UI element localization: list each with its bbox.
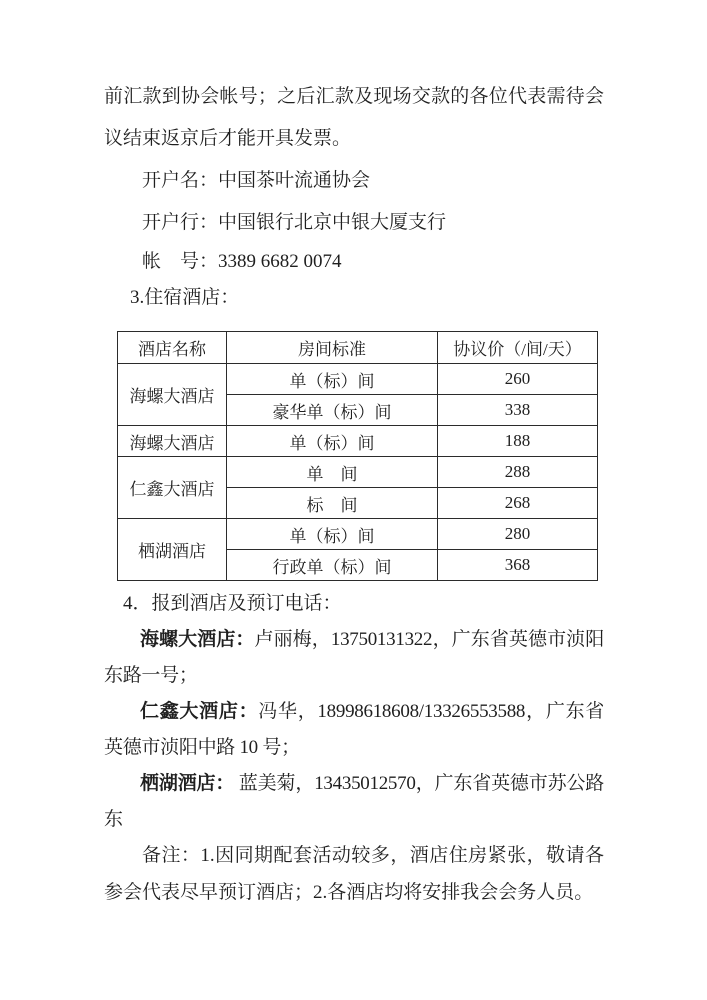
price-cell: 268 — [438, 488, 598, 519]
price-cell: 280 — [438, 519, 598, 550]
document-content: 前汇款到协会帐号；之后汇款及现场交款的各位代表需待会议结束返京后才能开具发票。 … — [104, 76, 604, 911]
price-cell: 260 — [438, 364, 598, 395]
table-row: 海螺大酒店 单（标）间 188 — [118, 426, 598, 457]
col-header-agreed-price: 协议价（/间/天） — [438, 332, 598, 364]
table-row: 仁鑫大酒店 单 间 288 — [118, 457, 598, 488]
hotel-name-cell: 栖湖酒店 — [118, 519, 227, 581]
price-cell: 368 — [438, 550, 598, 581]
price-cell: 288 — [438, 457, 598, 488]
price-cell: 338 — [438, 395, 598, 426]
hotel-name-cell: 仁鑫大酒店 — [118, 457, 227, 519]
contact-paragraph-qihu: 栖湖酒店： 蓝美菊，13435012570，广东省英德市苏公路东 — [104, 766, 604, 838]
room-type-cell: 豪华单（标）间 — [227, 395, 438, 426]
notes-paragraph: 备注：1.因同期配套活动较多，酒店住房紧张，敬请各参会代表尽早预订酒店；2.各酒… — [104, 838, 604, 911]
hotel-name-bold: 仁鑫大酒店： — [140, 701, 258, 722]
hotel-price-table: 酒店名称 房间标准 协议价（/间/天） 海螺大酒店 单（标）间 260 豪华单（… — [117, 331, 598, 581]
hotel-name-bold: 栖湖酒店： — [140, 773, 234, 794]
table-row: 栖湖酒店 单（标）间 280 — [118, 519, 598, 550]
col-header-hotel-name: 酒店名称 — [118, 332, 227, 364]
contact-paragraph-renxin: 仁鑫大酒店：冯华，18998618608/13326553588，广东省英德市浈… — [104, 694, 604, 766]
col-header-room-standard: 房间标准 — [227, 332, 438, 364]
table-row: 海螺大酒店 单（标）间 260 — [118, 364, 598, 395]
price-cell: 188 — [438, 426, 598, 457]
room-type-cell: 单 间 — [227, 457, 438, 488]
room-type-cell: 标 间 — [227, 488, 438, 519]
bank-account-name-line: 开户名：中国茶叶流通协会 — [104, 160, 604, 202]
contact-paragraph-hailuo: 海螺大酒店：卢丽梅，13750131322，广东省英德市浈阳东路一号； — [104, 622, 604, 694]
room-type-cell: 行政单（标）间 — [227, 550, 438, 581]
hotel-name-cell: 海螺大酒店 — [118, 426, 227, 457]
document-page: 前汇款到协会帐号；之后汇款及现场交款的各位代表需待会议结束返京后才能开具发票。 … — [0, 0, 707, 1000]
bank-branch-line: 开户行：中国银行北京中银大厦支行 — [104, 202, 604, 244]
hotel-name-bold: 海螺大酒店： — [140, 629, 255, 650]
section-4-heading: 4．报到酒店及预订电话： — [104, 586, 604, 622]
bank-account-number-line: 帐 号：3389 6682 0074 — [104, 244, 604, 280]
table-header-row: 酒店名称 房间标准 协议价（/间/天） — [118, 332, 598, 364]
section-3-heading: 3.住宿酒店： — [104, 280, 604, 316]
room-type-cell: 单（标）间 — [227, 519, 438, 550]
room-type-cell: 单（标）间 — [227, 426, 438, 457]
intro-paragraph: 前汇款到协会帐号；之后汇款及现场交款的各位代表需待会议结束返京后才能开具发票。 — [104, 76, 604, 160]
hotel-name-cell: 海螺大酒店 — [118, 364, 227, 426]
room-type-cell: 单（标）间 — [227, 364, 438, 395]
